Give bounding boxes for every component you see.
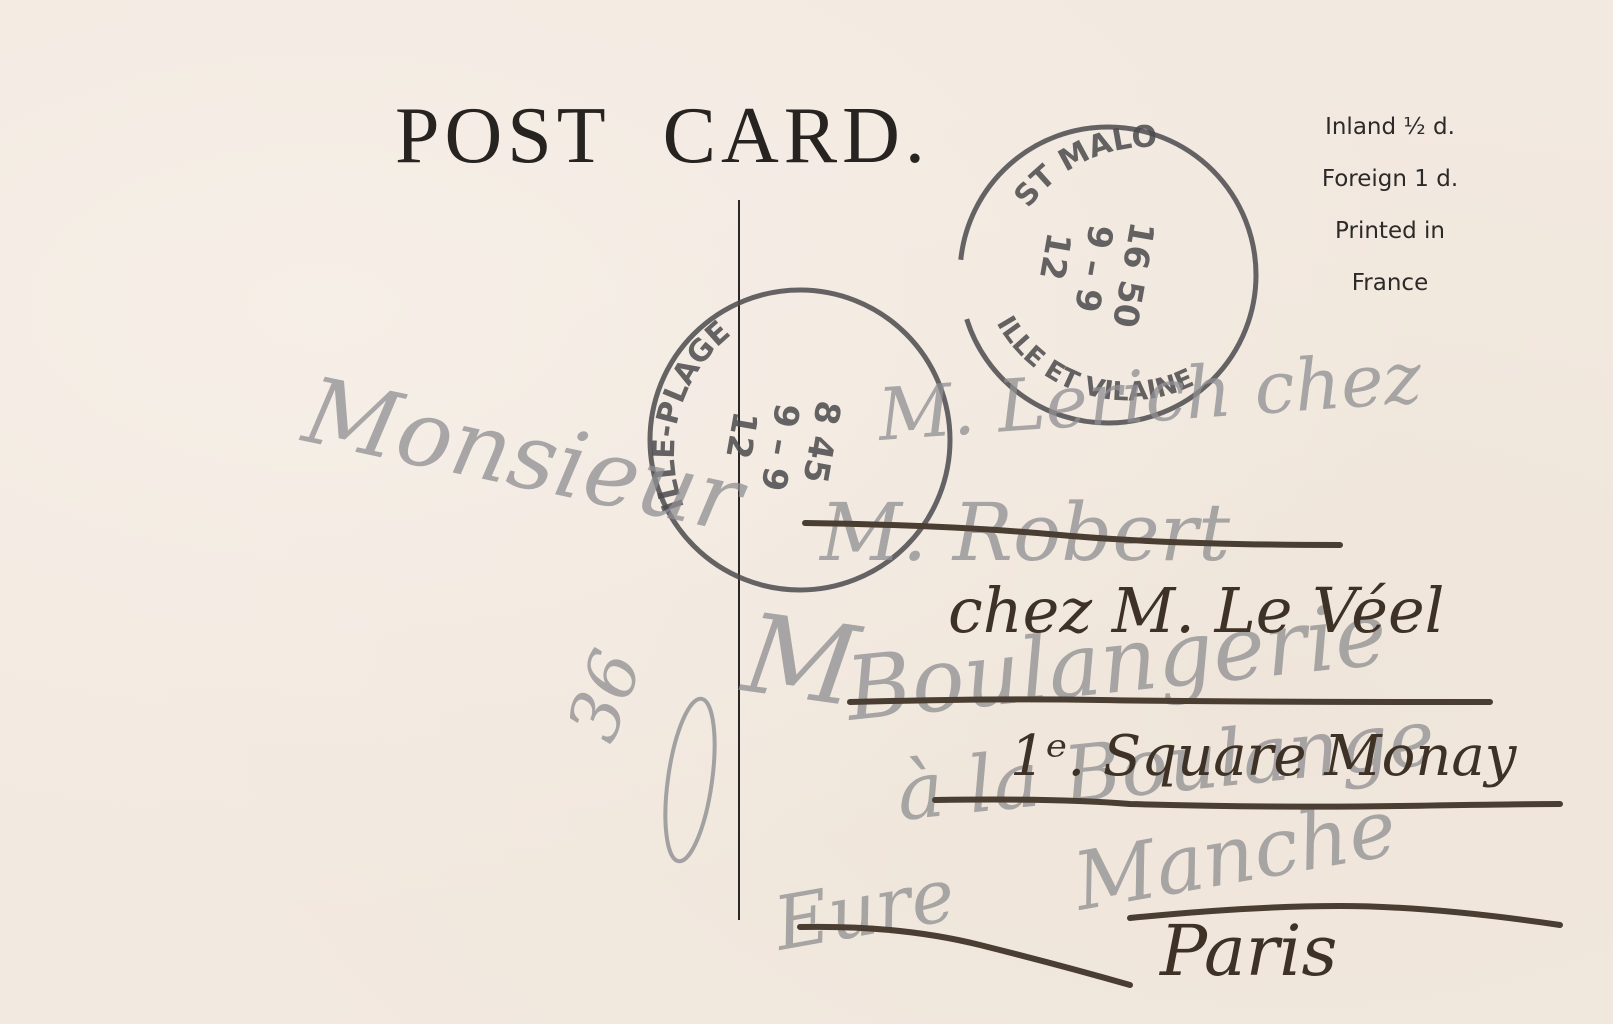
postcard-back: POSTCARD. Inland ½ d. Foreign 1 d. Print…: [0, 0, 1613, 1024]
pencil-address: Monsieur M. Lerich chez M. Robert Boulan…: [293, 335, 1438, 968]
stamp-year: 12: [1031, 229, 1079, 283]
ink-line: 1ᵉ. Square Monay: [1010, 724, 1518, 789]
pencil-margin-note: M: [734, 589, 868, 732]
ink-line: chez M. Le Véel: [948, 574, 1444, 647]
pencil-margin-number: 36: [551, 640, 659, 752]
ink-forwarding-address: chez M. Le Véel 1ᵉ. Square Monay Paris: [948, 574, 1518, 992]
pencil-line: Eure: [766, 852, 961, 968]
handwriting-and-stamps: ST MALO ILLE ET VILAINE 16 50 9 – 9 12 I…: [0, 0, 1613, 1024]
ink-line: Paris: [1158, 910, 1337, 992]
pencil-line: M. Lerich chez: [873, 335, 1425, 457]
stamp-arc-top: ST MALO: [1007, 120, 1157, 214]
